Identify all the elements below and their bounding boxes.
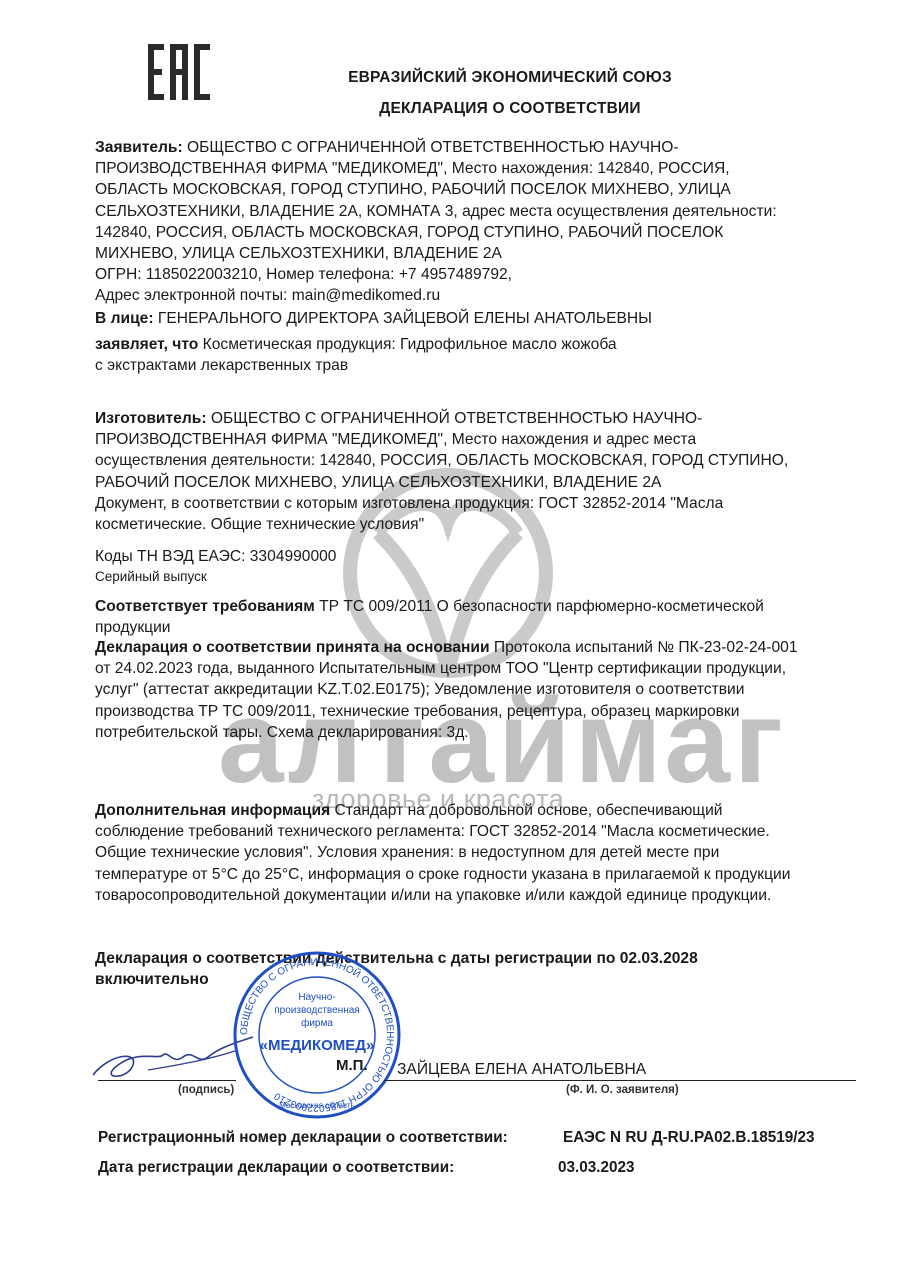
declares-section: заявляет, что Косметическая продукция: Г… xyxy=(95,334,617,376)
declares-label: заявляет, что xyxy=(95,336,198,353)
svg-text:Научно-: Научно- xyxy=(298,992,335,1003)
registration-number-label: Регистрационный номер декларации о соотв… xyxy=(98,1129,508,1147)
stamp-placeholder-label: М.П. xyxy=(336,1057,368,1074)
manufacturer-text: ОБЩЕСТВО С ОГРАНИЧЕННОЙ ОТВЕТСТВЕННОСТЬЮ… xyxy=(95,410,788,533)
name-caption: (Ф. И. О. заявителя) xyxy=(566,1084,679,1096)
svg-text:фирма: фирма xyxy=(301,1017,333,1029)
represented-by-text: ГЕНЕРАЛЬНОГО ДИРЕКТОРА ЗАЙЦЕВОЙ ЕЛЕНЫ АН… xyxy=(154,310,652,327)
registration-number-value: ЕАЭС N RU Д-RU.PA02.B.18519/23 xyxy=(563,1129,815,1147)
applicant-text: ОБЩЕСТВО С ОГРАНИЧЕННОЙ ОТВЕТСТВЕННОСТЬЮ… xyxy=(95,139,777,304)
complies-label: Соответствует требованиям xyxy=(95,598,315,615)
applicant-full-name: ЗАЙЦЕВА ЕЛЕНА АНАТОЛЬЕВНА xyxy=(397,1059,646,1080)
applicant-section: Заявитель: ОБЩЕСТВО С ОГРАНИЧЕННОЙ ОТВЕТ… xyxy=(95,137,777,307)
additional-info-label: Дополнительная информация xyxy=(95,802,330,819)
additional-info-section: Дополнительная информация Стандарт на до… xyxy=(95,800,790,906)
declaration-page: алтаймаг здоровье и красота ЕВРАЗИЙСКИЙ … xyxy=(0,0,900,1279)
signature-line xyxy=(98,1080,236,1081)
represented-by-section: В лице: ГЕНЕРАЛЬНОГО ДИРЕКТОРА ЗАЙЦЕВОЙ … xyxy=(95,308,652,329)
svg-text:Московская область: Московская область xyxy=(279,1101,355,1110)
manufacturer-section: Изготовитель: ОБЩЕСТВО С ОГРАНИЧЕННОЙ ОТ… xyxy=(95,408,788,535)
union-title: ЕВРАЗИЙСКИЙ ЭКОНОМИЧЕСКИЙ СОЮЗ xyxy=(60,69,900,87)
tn-ved-code: Коды ТН ВЭД ЕАЭС: 3304990000 xyxy=(95,546,336,567)
name-line xyxy=(384,1080,856,1081)
svg-text:ОБЩЕСТВО С ОГРАНИЧЕННОЙ ОТВЕТС: ОБЩЕСТВО С ОГРАНИЧЕННОЙ ОТВЕТСТВЕННОСТЬЮ… xyxy=(239,957,395,1113)
manufacturer-label: Изготовитель: xyxy=(95,410,207,427)
document-title: ДЕКЛАРАЦИЯ О СООТВЕТСТВИИ xyxy=(60,100,900,118)
basis-section: Декларация о соответствии принята на осн… xyxy=(95,637,798,743)
basis-label: Декларация о соответствии принята на осн… xyxy=(95,639,490,656)
registration-date-value: 03.03.2023 xyxy=(558,1159,635,1177)
company-stamp-icon: ОБЩЕСТВО С ОГРАНИЧЕННОЙ ОТВЕТСТВЕННОСТЬЮ… xyxy=(232,950,402,1120)
registration-date-label: Дата регистрации декларации о соответств… xyxy=(98,1159,454,1177)
svg-text:«МЕДИКОМЕД»: «МЕДИКОМЕД» xyxy=(260,1037,375,1054)
applicant-label: Заявитель: xyxy=(95,139,183,156)
represented-by-label: В лице: xyxy=(95,310,154,327)
complies-section: Соответствует требованиям ТР ТС 009/2011… xyxy=(95,596,764,638)
signature-caption: (подпись) xyxy=(178,1084,234,1096)
release-type: Серийный выпуск xyxy=(95,566,207,587)
svg-text:производственная: производственная xyxy=(274,1005,359,1016)
